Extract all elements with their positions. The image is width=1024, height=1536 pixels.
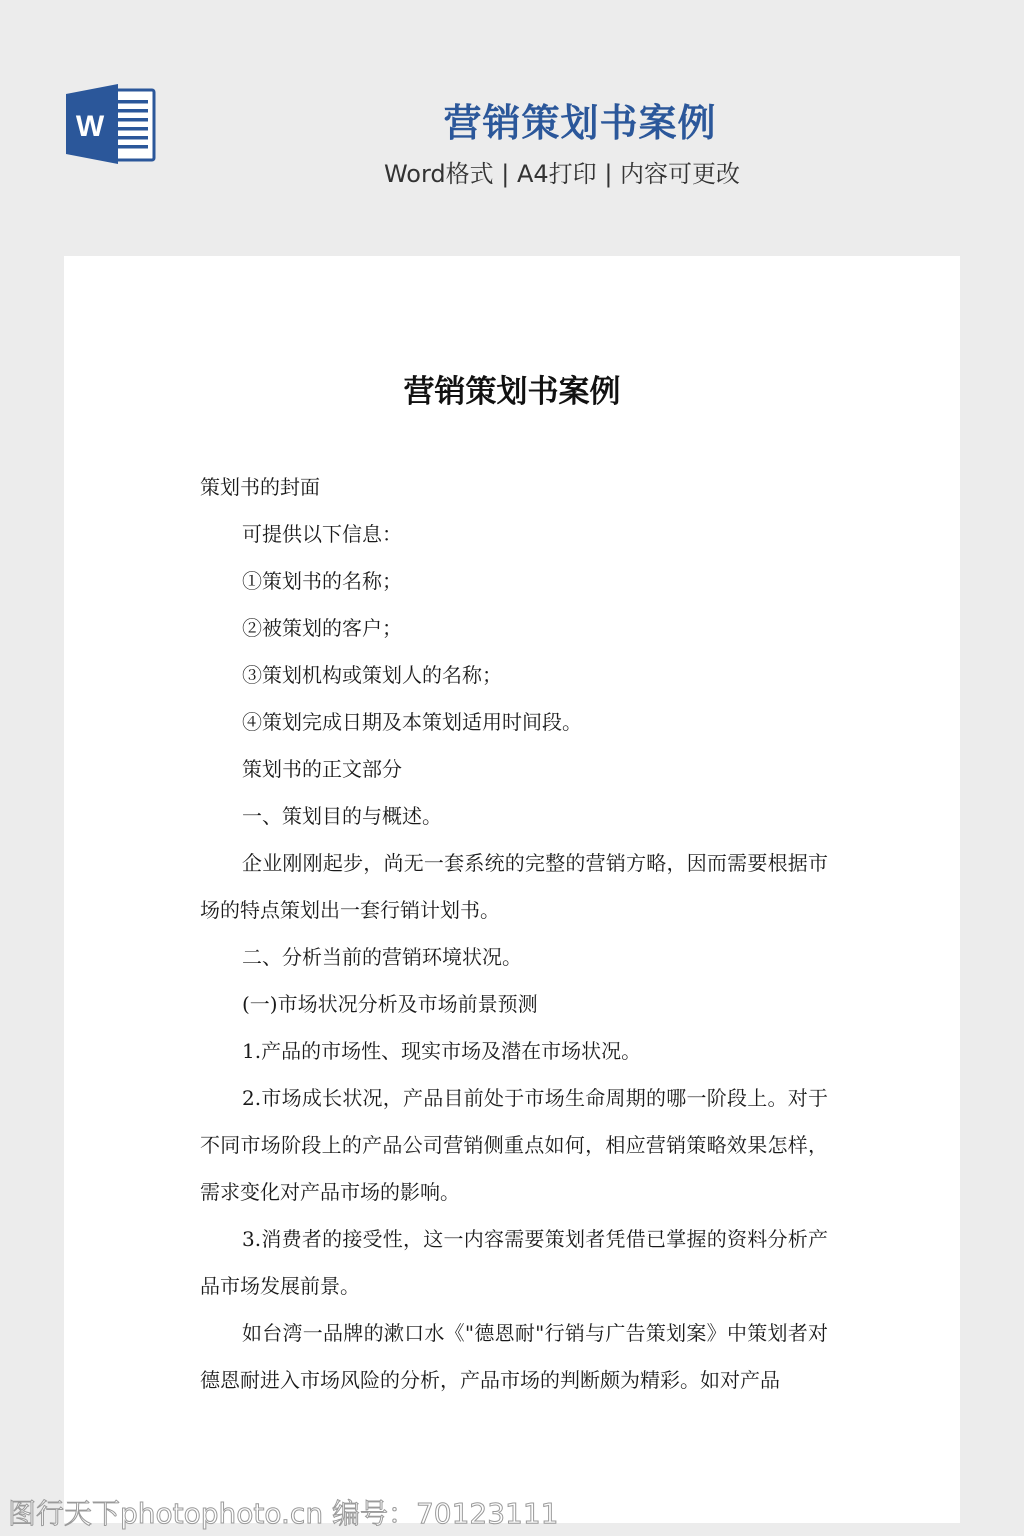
word-document-icon: W [64, 82, 156, 166]
paragraph: 如台湾一品牌的漱口水《"德恩耐"行销与广告策划案》中策划者对德恩耐进入市场风险的… [200, 1310, 828, 1404]
document-title: 营销策划书案例 [64, 366, 960, 411]
header-subtitle: Word格式 | A4打印 | 内容可更改 [300, 154, 824, 189]
list-item: ④策划完成日期及本策划适用时间段。 [200, 699, 828, 746]
list-item: ②被策划的客户； [200, 605, 828, 652]
paragraph-cover-heading: 策划书的封面 [200, 464, 828, 511]
header-title: 营销策划书案例 [330, 92, 830, 147]
svg-text:W: W [76, 110, 105, 143]
paragraph: 3.消费者的接受性，这一内容需要策划者凭借已掌握的资料分析产品市场发展前景。 [200, 1216, 828, 1310]
list-item: ①策划书的名称； [200, 558, 828, 605]
paragraph: 企业刚刚起步，尚无一套系统的完整的营销方略，因而需要根据市场的特点策划出一套行销… [200, 840, 828, 934]
section-heading: 一、策划目的与概述。 [200, 793, 828, 840]
document-body: 策划书的封面 可提供以下信息： ①策划书的名称； ②被策划的客户； ③策划机构或… [200, 464, 828, 1404]
paragraph: 2.市场成长状况，产品目前处于市场生命周期的哪一阶段上。对于不同市场阶段上的产品… [200, 1075, 828, 1216]
section-heading: 策划书的正文部分 [200, 746, 828, 793]
section-heading: 二、分析当前的营销环境状况。 [200, 934, 828, 981]
document-page: 营销策划书案例 策划书的封面 可提供以下信息： ①策划书的名称； ②被策划的客户… [64, 256, 960, 1523]
watermark: 图行天下photophoto.cn 编号：70123111 [8, 1492, 559, 1532]
list-item: ③策划机构或策划人的名称； [200, 652, 828, 699]
subsection-heading: (一)市场状况分析及市场前景预测 [200, 981, 828, 1028]
paragraph: 1.产品的市场性、现实市场及潜在市场状况。 [200, 1028, 828, 1075]
paragraph: 可提供以下信息： [200, 511, 828, 558]
